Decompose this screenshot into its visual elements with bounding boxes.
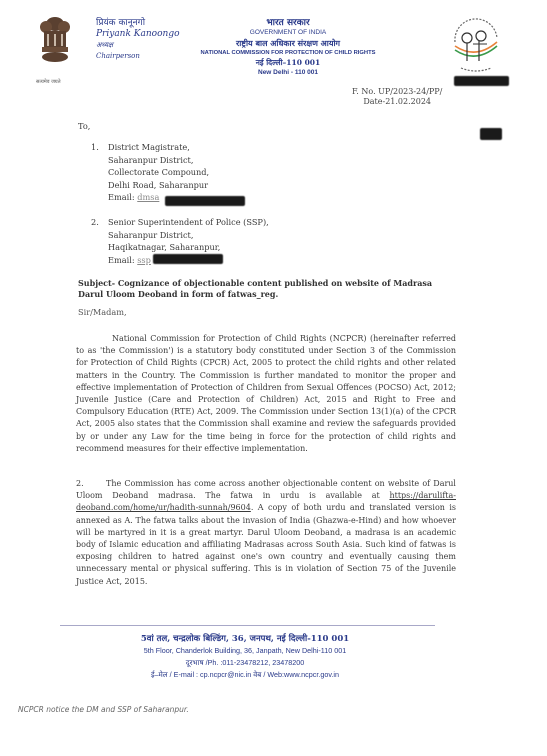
city-hindi: नई दिल्ली–110 001 [190,58,386,68]
city-english: New Delhi - 110 001 [190,68,386,78]
letterhead-footer: 5वां तल, चन्द्रलोक बिल्डिंग, 36, जनपथ, न… [80,633,410,681]
government-header: भारत सरकार GOVERNMENT OF INDIA राष्ट्रीय… [190,18,386,78]
letter-page: सत्यमेव जयते प्रियंक कानूनगो Priyank Kan… [0,0,547,700]
footer-address: 5th Floor, Chanderlok Building, 36, Janp… [80,645,410,657]
footer-address-hindi: 5वां तल, चन्द्रलोक बिल्डिंग, 36, जनपथ, न… [80,633,410,645]
footer-email-web: ई–मेल / E-mail : cp.ncpcr@nic.in वेब / W… [80,669,410,681]
ncpcr-logo-icon [447,16,505,76]
national-emblem-icon [38,16,72,64]
ssp-email-value: ssp [137,255,151,265]
letter-date: Date-21.02.2024 [352,97,442,107]
chairperson-title: Chairperson [96,51,180,62]
redaction-block [153,254,223,264]
file-reference: F. No. UP/2023-24/PP/ Date-21.02.2024 [352,87,442,107]
gov-english: GOVERNMENT OF INDIA [190,28,386,38]
gov-hindi: भारत सरकार [190,18,386,28]
salutation: Sir/Madam, [78,307,127,317]
emblem-motto: सत्यमेव जयते [36,79,61,85]
dm-email-value: dmsa [137,192,159,202]
chairperson-block: प्रियंक कानूनगो Priyank Kanoongo अध्यक्ष… [96,18,180,62]
recipient-dm: 1. District Magistrate, Saharanpur Distr… [108,141,209,204]
chairperson-title-hindi: अध्यक्ष [96,40,180,51]
redaction-block [454,76,509,86]
footer-divider [60,625,435,626]
file-number: F. No. UP/2023-24/PP/ [352,87,442,97]
to-label: To, [78,120,90,132]
paragraph-2: 2.The Commission has come across another… [76,478,456,588]
paragraph-1: National Commission for Protection of Ch… [76,333,456,455]
letter-subject: Subject- Cognizance of objectionable con… [78,278,448,300]
chairperson-name: Priyank Kanoongo [96,29,180,40]
commission-english: NATIONAL COMMISSION FOR PROTECTION OF CH… [190,48,386,58]
commission-hindi: राष्ट्रीय बाल अधिकार संरक्षण आयोग [190,38,386,48]
redaction-block [165,196,245,206]
chairperson-name-hindi: प्रियंक कानूनगो [96,18,180,29]
image-caption: NCPCR notice the DM and SSP of Saharanpu… [18,705,189,714]
redaction-block [480,128,502,140]
footer-phone: दूरभाष /Ph. :011-23478212, 23478200 [80,657,410,669]
